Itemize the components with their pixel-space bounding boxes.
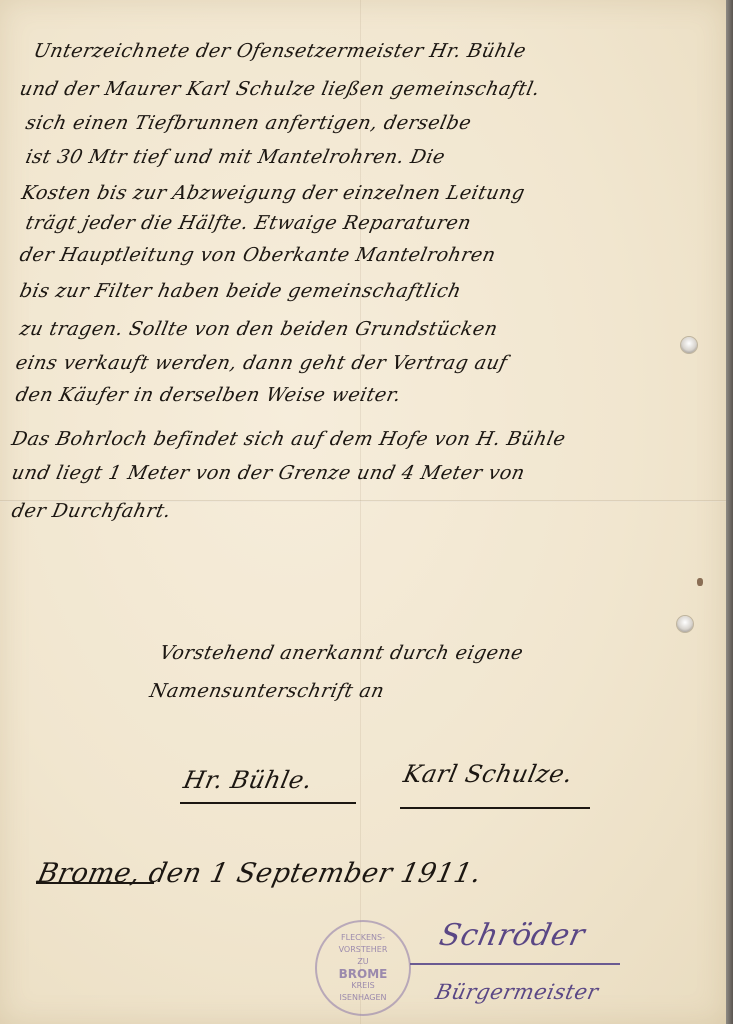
body-line: eins verkauft werden, dann geht der Vert… (14, 352, 510, 374)
body-line: sich einen Tiefbrunnen anfertigen, derse… (24, 112, 474, 134)
stamp-top-text: FLECKENS-VORSTEHER (317, 932, 409, 956)
body-line: bis zur Filter haben beide gemeinschaftl… (18, 280, 464, 302)
document-page: Unterzeichnete der Ofensetzermeister Hr.… (0, 0, 726, 1024)
official-seal-stamp: FLECKENS-VORSTEHER ZU BROME KREIS ISENHA… (315, 920, 411, 1016)
punch-hole-upper (681, 337, 697, 353)
stamp-bottom-text: ISENHAGEN (317, 992, 409, 1004)
mayor-title: Bürgermeister (433, 980, 600, 1004)
body-line: und der Maurer Karl Schulze ließen gemei… (18, 78, 542, 100)
stain-spot (697, 578, 703, 586)
stamp-town: BROME (317, 968, 409, 980)
body-line: der Durchfahrt. (10, 500, 174, 522)
scan-edge (726, 0, 733, 1024)
body-line: und liegt 1 Meter von der Grenze und 4 M… (10, 462, 527, 484)
mayor-signature-flourish (410, 963, 620, 965)
body-line: trägt jeder die Hälfte. Etwaige Reparatu… (24, 212, 474, 234)
body-line: Unterzeichnete der Ofensetzermeister Hr.… (32, 40, 529, 62)
body-line: Das Bohrloch befindet sich auf dem Hofe … (10, 428, 568, 450)
signature-schulze: Karl Schulze. (401, 760, 575, 788)
acknowledgement-line: Vorstehend anerkannt durch eigene (158, 642, 526, 664)
body-line: den Käufer in derselben Weise weiter. (14, 384, 403, 406)
place-and-date: Brome, den 1 September 1911. (35, 858, 485, 889)
body-line: ist 30 Mtr tief und mit Mantelrohren. Di… (24, 146, 448, 168)
stamp-district-label: KREIS (317, 980, 409, 992)
place-underline (36, 882, 154, 884)
body-line: zu tragen. Sollte von den beiden Grundst… (18, 318, 500, 340)
body-line: der Hauptleitung von Oberkante Mantelroh… (18, 244, 498, 266)
punch-hole-lower (677, 616, 693, 632)
mayor-signature: Schröder (436, 918, 588, 953)
acknowledgement-line: Namensunterschrift an (148, 680, 387, 702)
signature-underline (400, 807, 590, 809)
signature-buehle: Hr. Bühle. (181, 766, 315, 794)
body-line: Kosten bis zur Abzweigung der einzelnen … (20, 182, 527, 204)
signature-underline (180, 802, 356, 804)
